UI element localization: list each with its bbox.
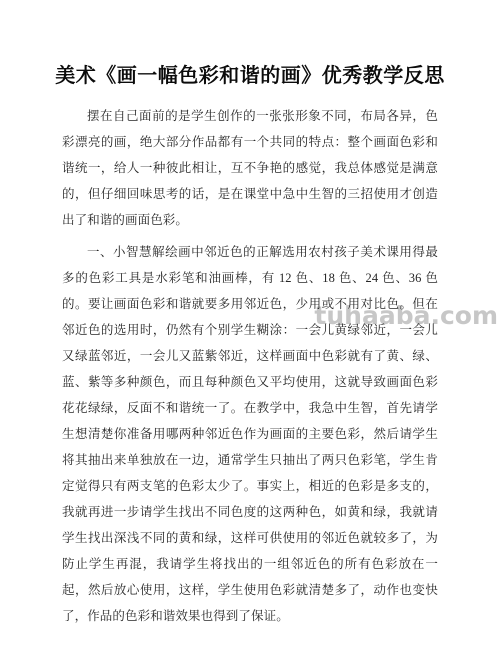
document-title: 美术《画一幅色彩和谐的画》优秀教学反思 [0, 13, 500, 89]
paragraph-intro: 摆在自己面前的是学生创作的一张张形象不同，布局各异，色彩漂亮的画，绝大部分作品都… [62, 103, 438, 233]
document-body: 摆在自己面前的是学生创作的一张张形象不同，布局各异，色彩漂亮的画，绝大部分作品都… [62, 103, 438, 629]
document-page: 美术《画一幅色彩和谐的画》优秀教学反思 摆在自己面前的是学生创作的一张张形象不同… [0, 0, 500, 648]
paragraph-section-one: 一、小智慧解绘画中邻近色的正解选用农村孩子美术课用得最多的色彩工具是水彩笔和油画… [62, 239, 438, 629]
